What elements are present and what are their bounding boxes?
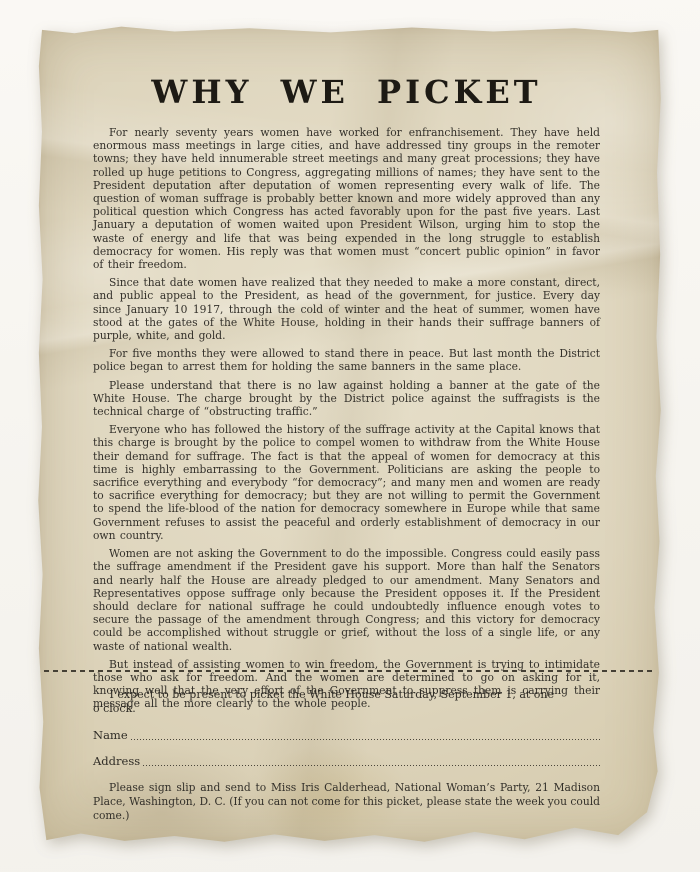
paragraph: Women are not asking the Government to d… (93, 547, 600, 653)
paragraph: Since that date women have realized that… (93, 276, 600, 342)
body-text: For nearly seventy years women have work… (93, 126, 600, 711)
sign-slip-section: I expect to be present to picket the Whi… (37, 670, 662, 823)
name-blank-line (131, 739, 600, 740)
address-row: Address (93, 754, 600, 768)
address-label: Address (93, 754, 140, 768)
flyer-page: WHY WE PICKET For nearly seventy years w… (37, 25, 662, 845)
name-row: Name (93, 728, 600, 742)
address-blank-line (143, 765, 600, 766)
scan-background: WHY WE PICKET For nearly seventy years w… (0, 0, 700, 872)
page-title: WHY WE PICKET (93, 75, 600, 109)
paragraph: Everyone who has followed the history of… (93, 423, 600, 542)
flyer-paper: WHY WE PICKET For nearly seventy years w… (37, 25, 662, 845)
name-label: Name (93, 728, 128, 742)
cut-here-dashed-line (44, 670, 654, 672)
flyer-content: WHY WE PICKET For nearly seventy years w… (93, 25, 600, 716)
paragraph: For five months they were allowed to sta… (93, 347, 600, 373)
paragraph: Please understand that there is no law a… (93, 379, 600, 419)
mailing-instructions: Please sign slip and send to Miss Iris C… (93, 781, 600, 823)
paragraph: For nearly seventy years women have work… (93, 126, 600, 271)
pledge-statement: I expect to be present to picket the Whi… (93, 688, 600, 715)
